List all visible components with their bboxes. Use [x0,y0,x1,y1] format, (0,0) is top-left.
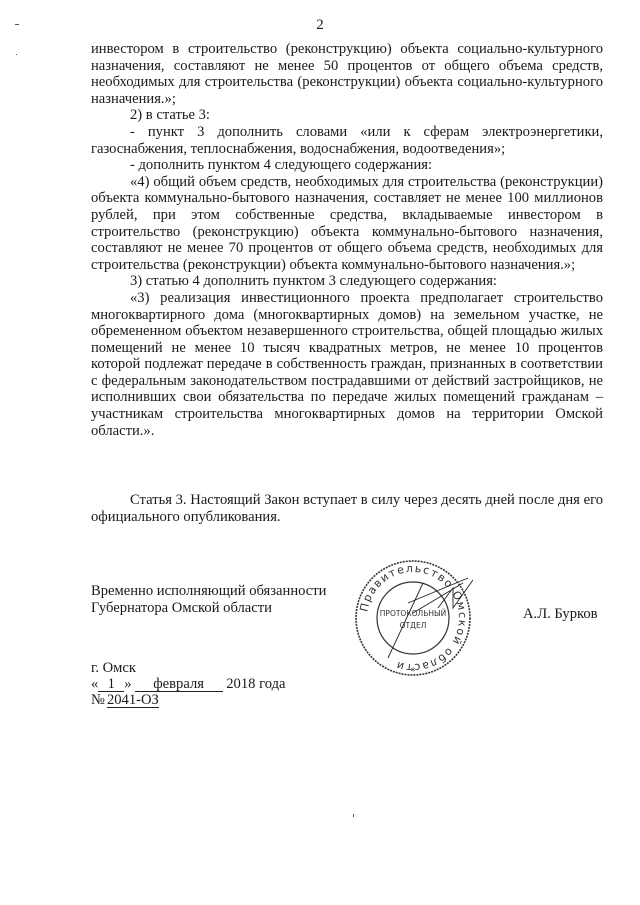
date-month: февраля [135,677,223,692]
scan-artifact [353,814,354,817]
stamp-center-line1: ПРОТОКОЛЬНЫЙ [380,609,446,618]
signatory-title-line2: Губернатора Омской области [91,600,326,617]
paragraph: «4) общий объем средств, необходимых для… [91,174,603,274]
document-body: инвестором в строительство (реконструкци… [91,41,603,439]
paragraph: - дополнить пунктом 4 следующего содержа… [91,157,603,174]
date-line: «1»февраля 2018 года [91,676,286,692]
city: г. Омск [91,660,286,676]
date-year: 2018 года [226,676,285,692]
official-stamp-icon: Правительство Омской области ПРОТОКОЛЬНЫ… [353,558,473,678]
place-and-date: г. Омск «1»февраля 2018 года №2041-ОЗ [91,660,286,708]
paragraph: инвестором в строительство (реконструкци… [91,41,603,107]
paragraph: 3) статью 4 дополнить пунктом 3 следующе… [91,273,603,290]
scan-artifact [15,24,19,25]
paragraph: «3) реализация инвестиционного проекта п… [91,290,603,439]
paragraph: 2) в статье 3: [91,107,603,124]
law-number-line: №2041-ОЗ [91,692,286,708]
article-3: Статья 3. Настоящий Закон вступает в сил… [91,492,603,525]
law-number: 2041-ОЗ [107,693,159,708]
signatory-title-line1: Временно исполняющий обязанности [91,583,326,600]
page-number: 2 [0,17,640,34]
stamp-star: * [411,667,416,677]
signatory-name: А.Л. Бурков [523,606,598,623]
scan-artifact [16,54,17,55]
date-day: 1 [98,677,124,692]
signatory-title: Временно исполняющий обязанности Губерна… [91,583,326,617]
paragraph: - пункт 3 дополнить словами «или к сфера… [91,124,603,157]
